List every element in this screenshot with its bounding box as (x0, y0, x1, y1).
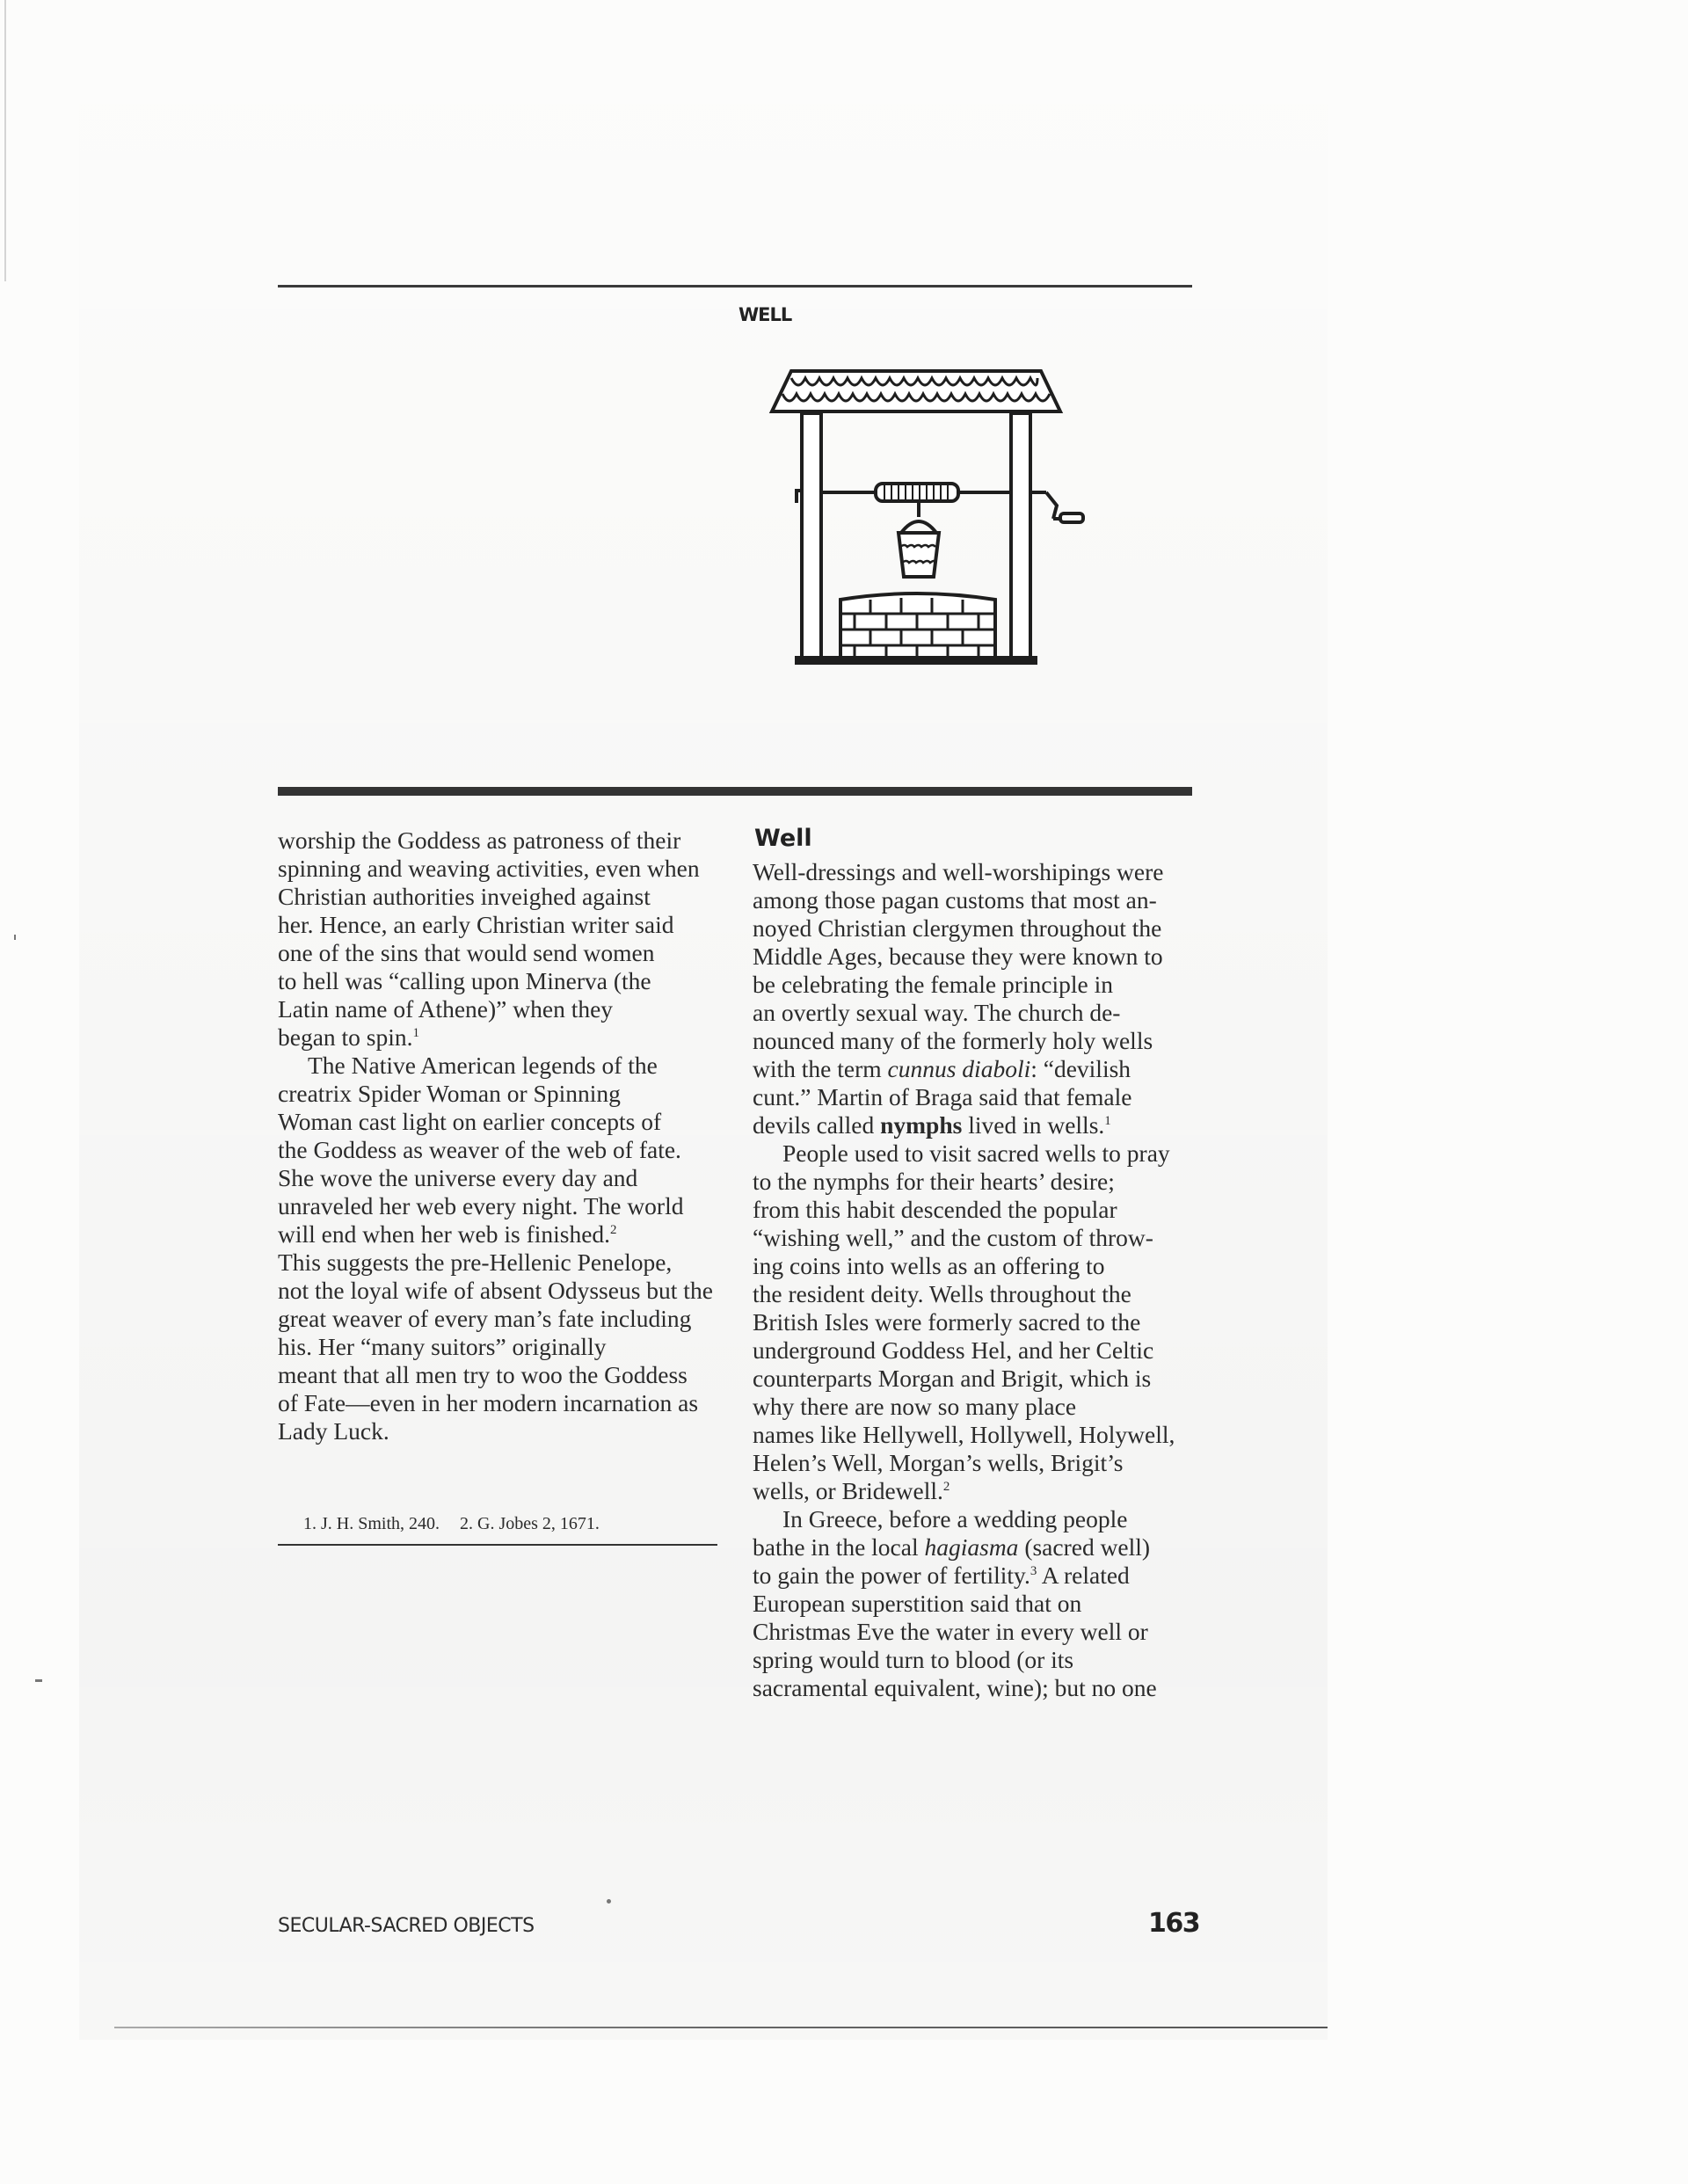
text-line: from this habit descended the popular (753, 1196, 1210, 1224)
scan-speck (35, 1679, 42, 1682)
text-line: In Greece, before a wedding people (753, 1505, 1210, 1533)
left-column: worship the Goddess as patroness of thei… (278, 826, 735, 1445)
text-span: lived in wells. (962, 1111, 1104, 1139)
text-line: noyed Christian clergymen throughout the (753, 914, 1210, 943)
text-line: wells, or Bridewell.2 (753, 1477, 1210, 1505)
scan-speck (14, 935, 16, 940)
text-line: to gain the power of fertility.3 A relat… (753, 1562, 1210, 1590)
text-line: to hell was “calling upon Minerva (the (278, 967, 735, 995)
text-line: spring would turn to blood (or its (753, 1646, 1210, 1674)
text-span: (sacred well) (1018, 1533, 1150, 1561)
text-line: Lady Luck. (278, 1417, 735, 1445)
text-line: names like Hellywell, Hollywell, Holywel… (753, 1421, 1210, 1449)
text-line: her. Hence, an early Christian writer sa… (278, 911, 735, 939)
text-line: Christmas Eve the water in every well or (753, 1618, 1210, 1646)
text-line: of Fate—even in her modern incarnation a… (278, 1389, 735, 1417)
running-footer-title: SECULAR-SACRED OBJECTS (278, 1915, 535, 1937)
text-span: A related (1037, 1562, 1129, 1589)
text-line: one of the sins that would send women (278, 939, 735, 967)
text-span: devils called (753, 1111, 880, 1139)
bottom-rule (114, 2027, 1328, 2028)
text-line: ing coins into wells as an offering to (753, 1252, 1210, 1280)
footnote-ref[interactable]: 2 (943, 1480, 950, 1494)
text-line: the resident deity. Wells throughout the (753, 1280, 1210, 1308)
text-line: began to spin.1 (278, 1023, 735, 1052)
text-line: great weaver of every man’s fate includi… (278, 1305, 735, 1333)
text-line: devils called nymphs lived in wells.1 (753, 1111, 1210, 1139)
footnote-ref[interactable]: 1 (413, 1026, 420, 1040)
text-line: Christian authorities inveighed against (278, 883, 735, 911)
text-span: bathe in the local (753, 1533, 924, 1561)
text-line: spinning and weaving activities, even wh… (278, 855, 735, 883)
text-line: creatrix Spider Woman or Spinning (278, 1080, 735, 1108)
text-line: British Isles were formerly sacred to th… (753, 1308, 1210, 1336)
scan-speck (607, 1899, 611, 1904)
footnote-ref[interactable]: 2 (610, 1223, 617, 1237)
text-line: People used to visit sacred wells to pra… (753, 1139, 1210, 1168)
text-line: Well-dressings and well-worshipings were (753, 858, 1210, 886)
text-line: bathe in the local hagiasma (sacred well… (753, 1533, 1210, 1562)
footnote-1: 1. J. H. Smith, 240. (303, 1514, 440, 1533)
text-line: meant that all men try to woo the Goddes… (278, 1361, 735, 1389)
greek-term: hagiasma (924, 1533, 1018, 1561)
footnotes: 1. J. H. Smith, 240. 2. G. Jobes 2, 1671… (303, 1514, 615, 1534)
wishing-well-icon (747, 352, 1099, 668)
top-rule (278, 285, 1192, 288)
text-span: will end when her web is finished. (278, 1220, 610, 1248)
text-span: to gain the power of fertility. (753, 1562, 1030, 1589)
text-line: worship the Goddess as patroness of thei… (278, 826, 735, 855)
text-line: not the loyal wife of absent Odysseus bu… (278, 1277, 735, 1305)
text-line: Woman cast light on earlier concepts of (278, 1108, 735, 1136)
text-line: She wove the universe every day and (278, 1164, 735, 1192)
text-line: Helen’s Well, Morgan’s wells, Brigit’s (753, 1449, 1210, 1477)
text-span: began to spin. (278, 1023, 413, 1051)
text-line: the Goddess as weaver of the web of fate… (278, 1136, 735, 1164)
text-line: sacramental equivalent, wine); but no on… (753, 1674, 1210, 1702)
text-line: This suggests the pre-Hellenic Penelope, (278, 1249, 735, 1277)
section-rule (278, 787, 1192, 796)
footnote-rule (278, 1544, 717, 1546)
text-line: among those pagan customs that most an- (753, 886, 1210, 914)
text-line: unraveled her web every night. The world (278, 1192, 735, 1220)
footnote-2: 2. G. Jobes 2, 1671. (460, 1514, 600, 1533)
section-heading: Well (754, 825, 812, 852)
text-span: with the term (753, 1055, 888, 1082)
right-column: Well-dressings and well-worshipings were… (753, 858, 1210, 1702)
text-line: “wishing well,” and the custom of throw- (753, 1224, 1210, 1252)
text-line: an overtly sexual way. The church de- (753, 999, 1210, 1027)
latin-term: cunnus diaboli (888, 1055, 1031, 1082)
text-line: to the nymphs for their hearts’ desire; (753, 1168, 1210, 1196)
text-line: his. Her “many suitors” originally (278, 1333, 735, 1361)
text-line: cunt.” Martin of Braga said that female (753, 1083, 1210, 1111)
page-number: 163 (1148, 1908, 1199, 1939)
text-line: with the term cunnus diaboli: “devilish (753, 1055, 1210, 1083)
text-line: Latin name of Athene)” when they (278, 995, 735, 1023)
text-line: counterparts Morgan and Brigit, which is (753, 1365, 1210, 1393)
text-line: be celebrating the female principle in (753, 971, 1210, 999)
text-span: wells, or Bridewell. (753, 1477, 943, 1504)
text-line: The Native American legends of the (278, 1052, 735, 1080)
footnote-ref[interactable]: 1 (1104, 1114, 1111, 1128)
text-line: will end when her web is finished.2 (278, 1220, 735, 1249)
entry-caption: WELL (738, 304, 809, 325)
scan-edge (4, 0, 6, 281)
text-span: : “devilish (1030, 1055, 1131, 1082)
text-line: nounced many of the formerly holy wells (753, 1027, 1210, 1055)
cross-reference[interactable]: nymphs (880, 1111, 962, 1139)
text-line: why there are now so many place (753, 1393, 1210, 1421)
text-line: underground Goddess Hel, and her Celtic (753, 1336, 1210, 1365)
text-line: European superstition said that on (753, 1590, 1210, 1618)
text-line: Middle Ages, because they were known to (753, 943, 1210, 971)
